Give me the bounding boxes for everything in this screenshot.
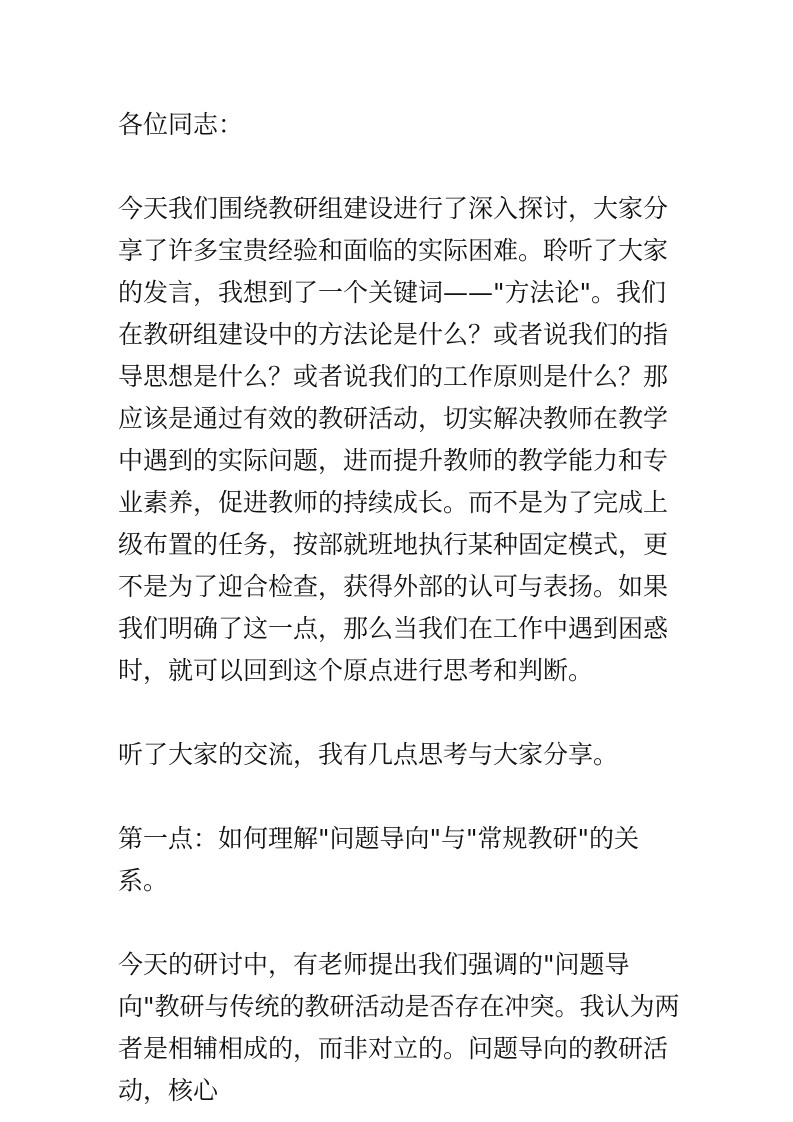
paragraph-point-one-body: 今天的研讨中，有老师提出我们强调的"问题导向"教研与传统的教研活动是否存在冲突。… xyxy=(118,944,683,1112)
heading-point-one: 第一点：如何理解"问题导向"与"常规教研"的关系。 xyxy=(118,818,683,902)
paragraph-sharing-intro: 听了大家的交流，我有几点思考与大家分享。 xyxy=(118,734,683,776)
document-page: 各位同志： 今天我们围绕教研组建设进行了深入探讨，大家分享了许多宝贵经验和面临的… xyxy=(0,0,793,1122)
paragraph-methodology: 今天我们围绕教研组建设进行了深入探讨，大家分享了许多宝贵经验和面临的实际困难。聆… xyxy=(118,188,683,692)
salutation: 各位同志： xyxy=(118,104,683,146)
